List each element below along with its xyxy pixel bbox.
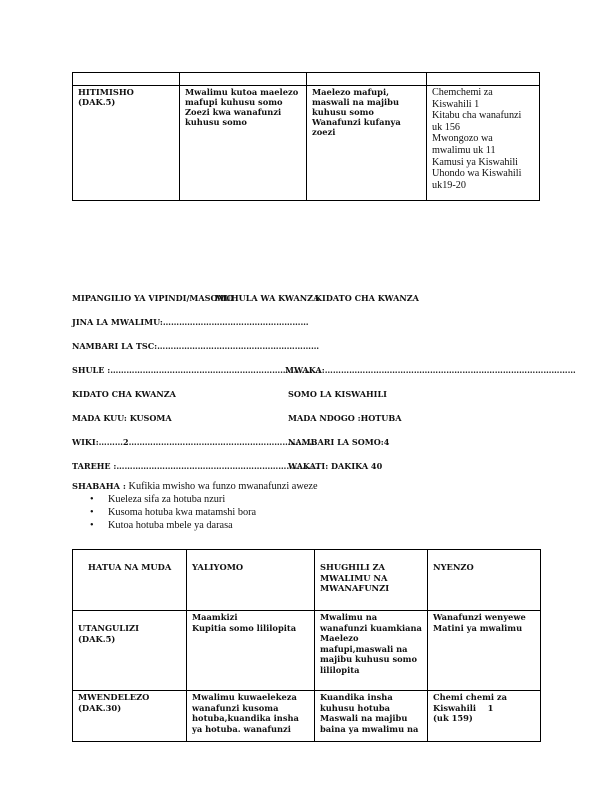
school-field: SHULE :…………………………………………………………………… [72,365,321,375]
objective-item: Kusoma hotuba kwa matamshi bora [90,506,256,519]
cell-yaliyomo: MaamkiziKupitia somo lililopita [187,611,315,691]
cell-line: zoezi [312,127,421,137]
cell-line: SHUGHILI ZA [320,562,422,573]
cell-line: hotuba,kuandika insha [192,713,309,724]
class-field: KIDATO CHA KWANZA [72,389,176,399]
cell-line: Chemi chemi za [433,692,535,703]
header-nyenzo: NYENZO [428,550,541,611]
lesson-plan-table-continued: HITIMISHO(DAK.5) Mwalimu kutoa maelezoma… [72,72,540,201]
cell-line: (DAK.30) [78,703,181,714]
cell [73,73,180,86]
cell-line: (DAK.5) [78,97,174,107]
cell-line: lililopita [320,665,422,676]
cell-shughuli: Maelezo mafupi,maswali na majibukuhusu s… [307,86,427,201]
cell-line: mafupi,maswali na [320,644,422,655]
cell-line: MWALIMU NA [320,573,422,584]
cell-shughuli: Kuandika inshakuhusu hotubaMaswali na ma… [315,691,428,742]
table-row-hitimisho: HITIMISHO(DAK.5) Mwalimu kutoa maelezoma… [73,86,540,201]
term-label: MUHULA WA KWANZA [215,293,319,303]
page-title: MIPANGILIO YA VIPINDI/MASOMO [72,293,234,303]
cell-line: (uk 159) [433,713,535,724]
week-field: WIKI:………2…………………………………………………………… [72,437,315,447]
cell-yaliyomo: Mwalimu kutoa maelezomafupi kuhusu somoZ… [180,86,307,201]
cell [427,73,540,86]
cell-line: Wanafunzi wenyewe [433,612,535,623]
year-field: MWAKA:………………………………………………………………………………… [285,365,576,375]
cell-line: Wanafunzi kufanya [312,117,421,127]
subject-field: SOMO LA KISWAHILI [288,389,387,399]
cell-line: ya hotuba. wanafunzi [192,724,309,735]
cell-line: Kitabu cha wanafunzi [432,110,534,122]
table-row-empty [73,73,540,86]
table-row-mwendelezo: MWENDELEZO(DAK.30) Mwalimu kuwaelekezawa… [73,691,541,742]
cell-line: kuhusu somo [312,107,421,117]
cell-line: majibu kuhusu somo [320,654,422,665]
cell-line: (DAK.5) [78,634,181,645]
cell-line: uk19-20 [432,180,534,192]
cell-line: kuhusu somo [185,117,301,127]
cell-hatua: HITIMISHO(DAK.5) [73,86,180,201]
cell-yaliyomo: Mwalimu kuwaelekezawanafunzi kusomahotub… [187,691,315,742]
cell-line: MWENDELEZO [78,692,181,703]
cell-line: Kupitia somo lililopita [192,623,309,634]
cell-line: kuhusu hotuba [320,703,422,714]
cell [307,73,427,86]
cell-shughuli: Mwalimu nawanafunzi kuamkianaMaelezomafu… [315,611,428,691]
table-row-utangulizi: UTANGULIZI(DAK.5) MaamkiziKupitia somo l… [73,611,541,691]
cell-line: Kiswahili 1 [433,703,535,714]
cell-line: Kiswahili 1 [432,99,534,111]
cell [180,73,307,86]
cell-line: maswali na majibu [312,97,421,107]
cell-line: Maswali na majibu [320,713,422,724]
cell-hatua: MWENDELEZO(DAK.30) [73,691,187,742]
main-topic-field: MADA KUU: KUSOMA [72,413,172,423]
cell-line: Kuandika insha [320,692,422,703]
cell-nyenzo: Chemchemi zaKiswahili 1Kitabu cha wanafu… [427,86,540,201]
objective-item: Kueleza sifa za hotuba nzuri [90,493,256,506]
cell-line: Maamkizi [192,612,309,623]
sub-topic-field: MADA NDOGO :HOTUBA [288,413,402,423]
header-hatua: HATUA NA MUDA [73,550,187,611]
date-field: TAREHE :………………………………………………………………… [72,461,319,471]
cell-line: UTANGULIZI [78,623,181,634]
cell-line: wanafunzi kusoma [192,703,309,714]
cell-nyenzo: Chemi chemi zaKiswahili 1(uk 159) [428,691,541,742]
form-label: KIDATO CHA KWANZA [315,293,419,303]
cell-line: Mwalimu na [320,612,422,623]
teacher-name-text: JINA LA MWALIMU:……………………………………………… [72,317,309,327]
objectives-intro: SHABAHA : Kufikia mwisho wa funzo mwanaf… [72,481,318,492]
cell-line: Maelezo [320,633,422,644]
objectives-intro-text: Kufikia mwisho wa funzo mwanafunzi aweze [126,481,318,492]
cell-line: Zoezi kwa wanafunzi [185,107,301,117]
header-yaliyomo: YALIYOMO [187,550,315,611]
cell-line: mwalimu uk 11 [432,145,534,157]
header-shughuli: SHUGHILI ZAMWALIMU NAMWANAFUNZI [315,550,428,611]
cell-line: Matini ya mwalimu [433,623,535,634]
objective-item: Kutoa hotuba mbele ya darasa [90,519,256,532]
cell-line: Mwongozo wa [432,133,534,145]
lesson-plan-table: HATUA NA MUDA YALIYOMO SHUGHILI ZAMWALIM… [72,549,541,742]
objectives-label: SHABAHA : [72,481,126,491]
lesson-number-field: NAMBARI LA SOMO:4 [288,437,389,447]
time-field: WAKATI: DAKIKA 40 [288,461,382,471]
cell-line: HITIMISHO [78,87,174,97]
cell-nyenzo: Wanafunzi wenyeweMatini ya mwalimu [428,611,541,691]
cell-line: Mwalimu kuwaelekeza [192,692,309,703]
objectives-list: Kueleza sifa za hotuba nzuri Kusoma hotu… [90,493,256,532]
cell-line: Mwalimu kutoa maelezo [185,87,301,97]
cell-line: uk 156 [432,122,534,134]
cell-hatua: UTANGULIZI(DAK.5) [73,611,187,691]
cell-line: baina ya mwalimu na [320,724,422,735]
cell-line: Kamusi ya Kiswahili [432,157,534,169]
cell-line: Chemchemi za [432,87,534,99]
cell-line: mafupi kuhusu somo [185,97,301,107]
cell-line: Uhondo wa Kiswahili [432,168,534,180]
cell-line: MWANAFUNZI [320,583,422,594]
table-header-row: HATUA NA MUDA YALIYOMO SHUGHILI ZAMWALIM… [73,550,541,611]
tsc-number-text: NAMBARI LA TSC:…………………………………………………… [72,341,319,351]
cell-line: Maelezo mafupi, [312,87,421,97]
cell-line: wanafunzi kuamkiana [320,623,422,634]
